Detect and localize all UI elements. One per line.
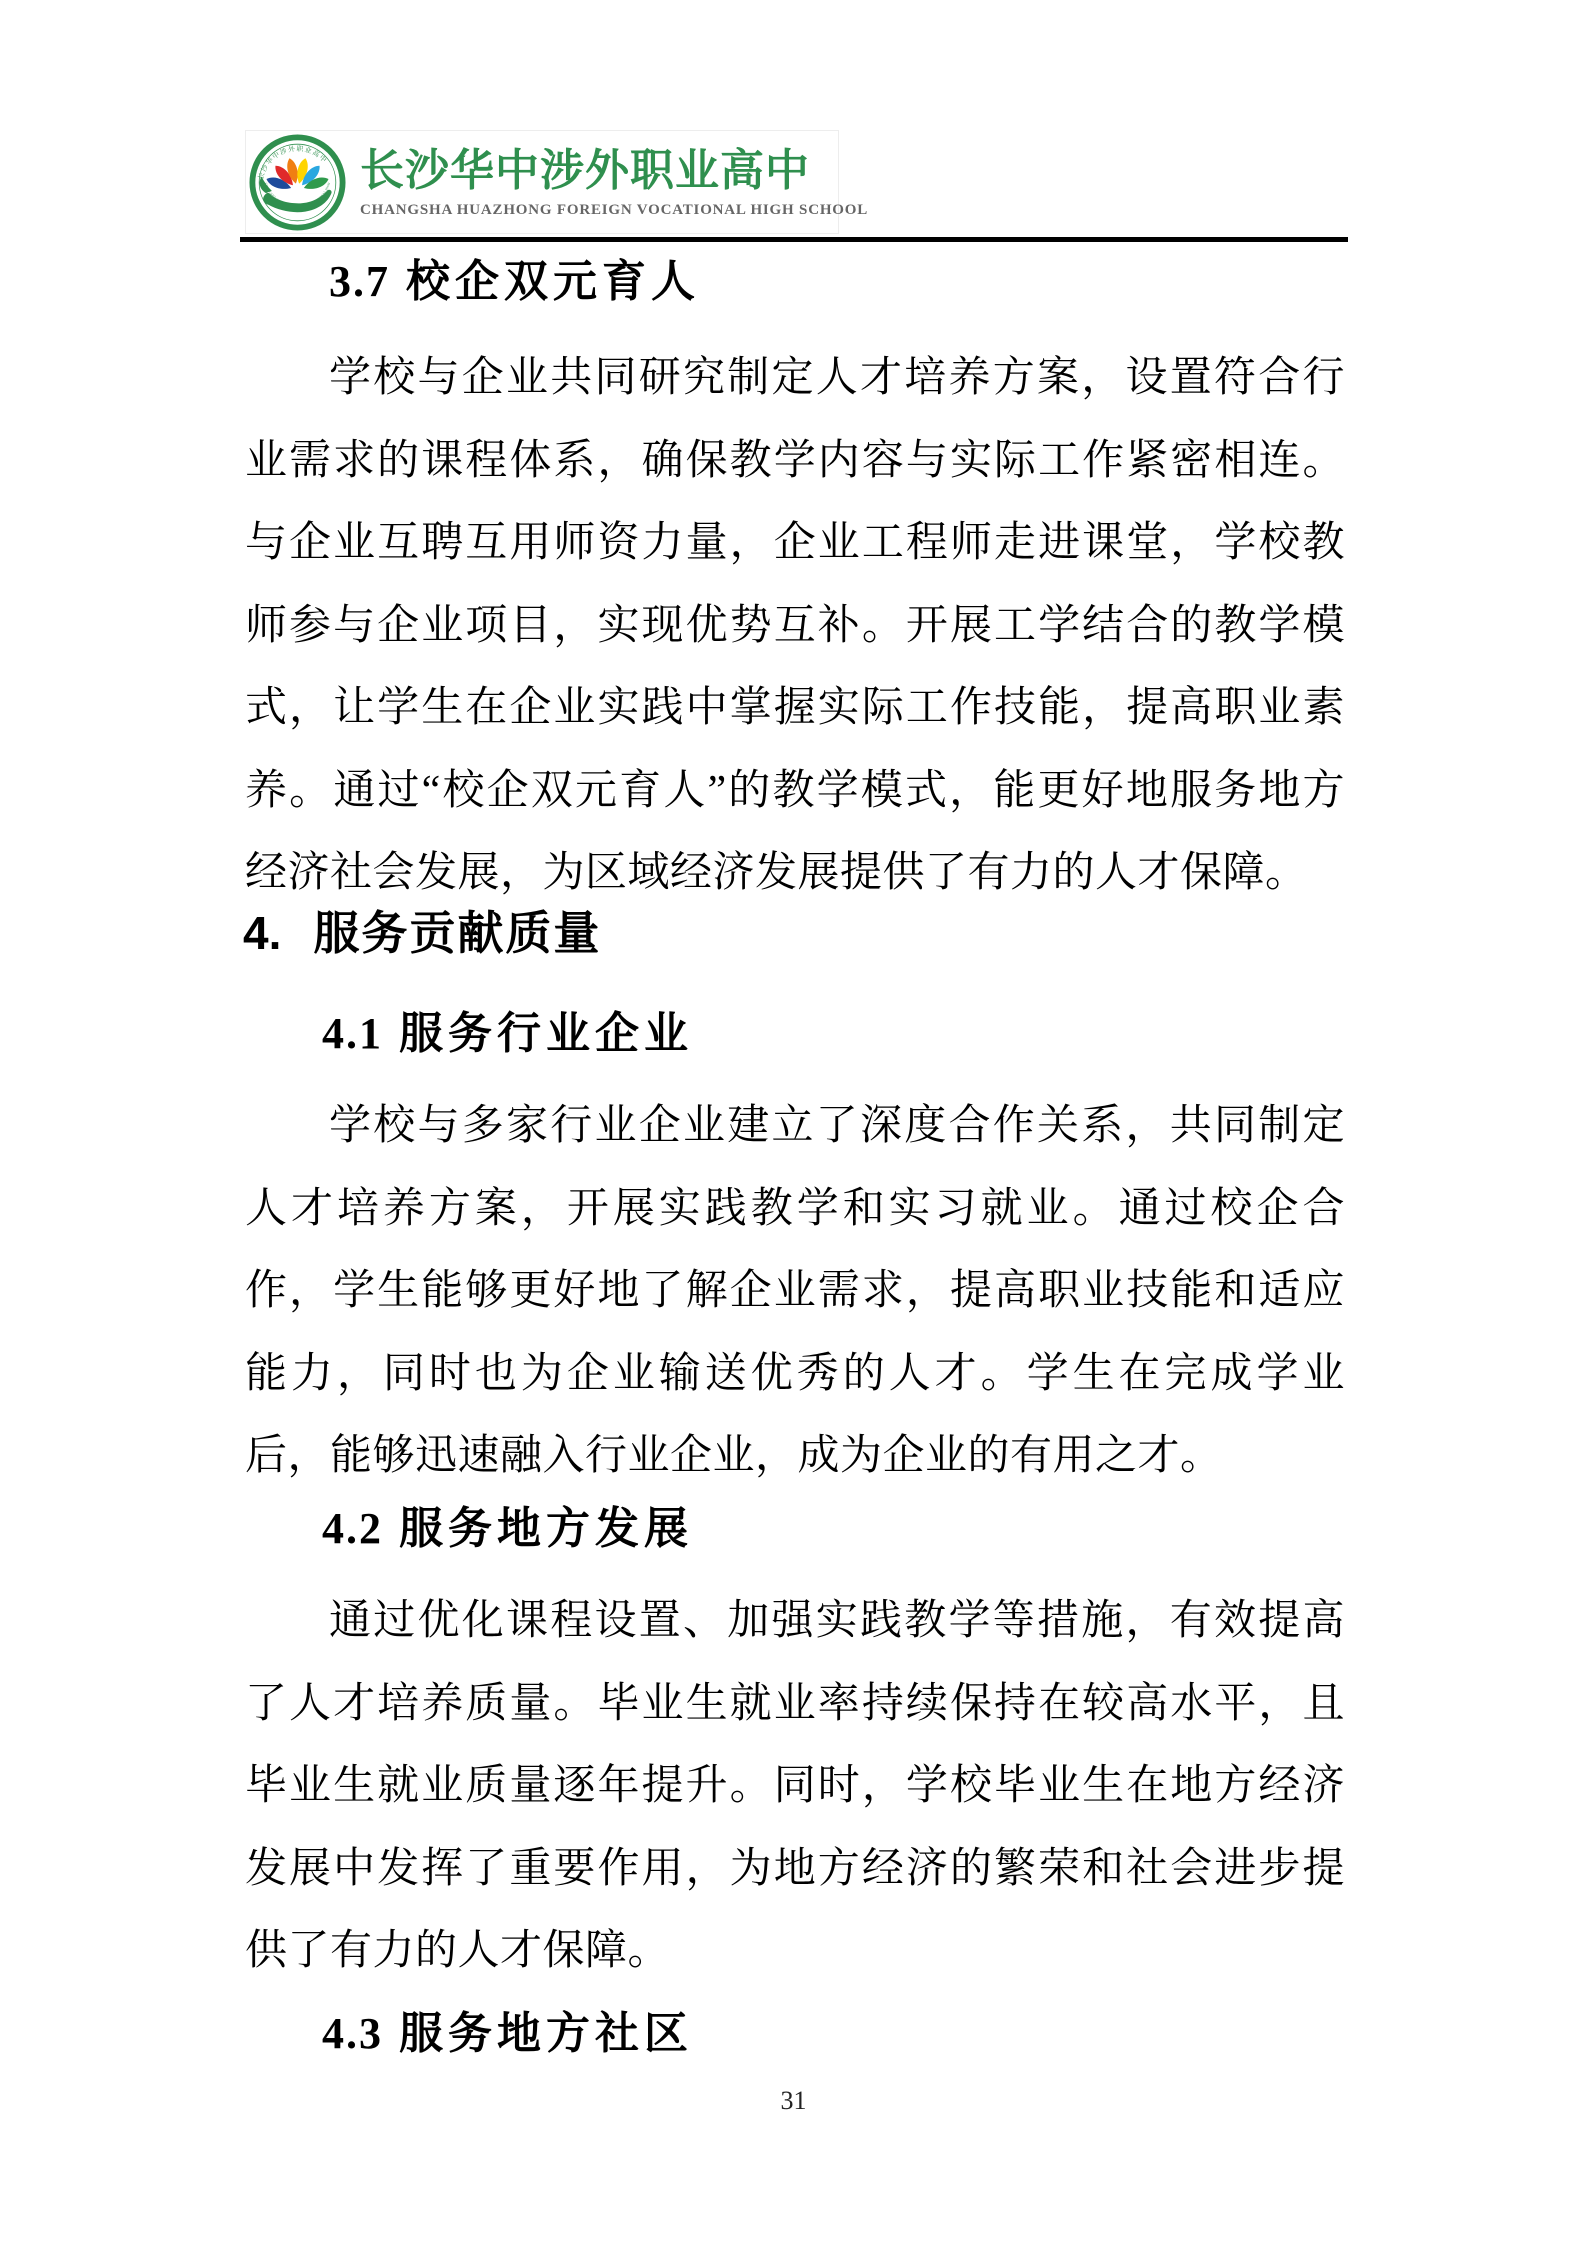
heading-title: 服务行业企业: [399, 1009, 693, 1058]
document-page: 长沙华中涉外职业高中 CHANGSHA HUAZHONG FOREIGN VOC…: [0, 0, 1587, 2245]
heading-4-1: 4.1服务行业企业: [322, 1008, 693, 1060]
heading-number: 3.7: [329, 257, 390, 306]
school-letterhead: 长沙华中涉外职业高中 CHANGSHA HUAZHONG FOREIGN VOC…: [245, 130, 839, 234]
heading-4-2: 4.2服务地方发展: [322, 1503, 693, 1555]
heading-number: 4.3: [322, 2009, 383, 2058]
school-name-block: 长沙华中涉外职业高中 CHANGSHA HUAZHONG FOREIGN VOC…: [360, 145, 868, 219]
heading-title: 服务地方发展: [399, 1504, 693, 1553]
page-number: 31: [0, 2086, 1587, 2116]
paragraph-4-2-body: 通过优化课程设置、加强实践教学等措施，有效提高了人才培养质量。毕业生就业率持续保…: [245, 1580, 1345, 1993]
heading-4-3: 4.3服务地方社区: [322, 2008, 693, 2060]
paragraph-4-1-body: 学校与多家行业企业建立了深度合作关系，共同制定人才培养方案，开展实践教学和实习就…: [245, 1085, 1345, 1498]
school-name-english: CHANGSHA HUAZHONG FOREIGN VOCATIONAL HIG…: [360, 201, 868, 219]
heading-title: 服务贡献质量: [313, 907, 601, 959]
heading-number: 4.: [243, 907, 281, 959]
heading-title: 校企双元育人: [406, 257, 700, 306]
paragraph-3-7-body: 学校与企业共同研究制定人才培养方案，设置符合行业需求的课程体系，确保教学内容与实…: [245, 337, 1345, 915]
heading-4: 4.服务贡献质量: [243, 906, 601, 960]
heading-title: 服务地方社区: [399, 2009, 693, 2058]
school-name-chinese: 长沙华中涉外职业高中: [360, 145, 868, 197]
school-emblem-icon: 长沙华中涉外职业高中 CHANGSHA HUAZHONG FOREIGN VOC…: [249, 134, 346, 231]
heading-number: 4.1: [322, 1009, 383, 1058]
heading-3-7: 3.7校企双元育人: [329, 256, 700, 308]
header-divider-rule: [240, 237, 1348, 242]
heading-number: 4.2: [322, 1504, 383, 1553]
